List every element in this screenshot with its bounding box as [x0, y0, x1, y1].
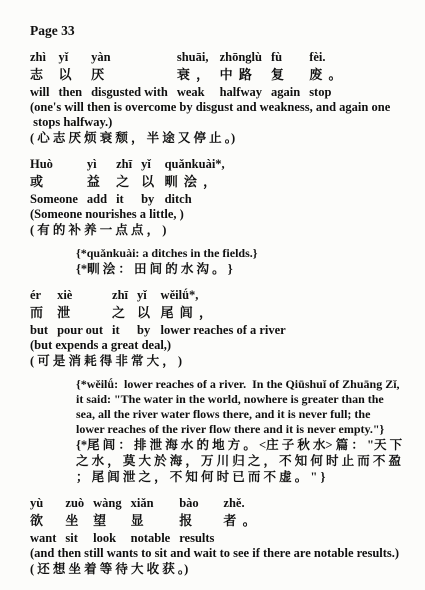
- pinyin-text: quǎnkuài*,: [165, 156, 225, 173]
- gloss-text: halfway: [220, 84, 262, 100]
- translation-zh-2: ( 有 的 补 养 一 点 点 ， ): [30, 222, 413, 238]
- footnote-weilu-zh: {*尾 闾 ： 排 泄 海 水 的 地 方 。 <庄 子 秋 水> 篇 ： "天…: [67, 437, 413, 485]
- pinyin-text: zhì: [30, 49, 49, 66]
- word-column: zhī 之 it: [112, 287, 128, 338]
- word-column: quǎnkuài*, 甽 浍 ， ditch: [165, 156, 225, 207]
- pinyin-text: yǐ: [58, 49, 82, 66]
- gloss-text: weak: [177, 84, 211, 100]
- pinyin-text: Huò: [30, 156, 78, 173]
- word-column: zhì 志 will: [30, 49, 49, 100]
- footnote-zh-line: ； 尾 闾 泄 之 ， 不 知 何 时 已 而 不 虚 。 " }: [67, 469, 413, 485]
- interlinear-words-4: yù 欲 want zuò 坐 sit wàng 望 look xiǎ: [30, 495, 413, 546]
- hanzi-text: 志: [30, 66, 49, 84]
- hanzi-text: 之: [116, 173, 132, 191]
- hanzi-text: 而: [30, 304, 48, 322]
- hanzi-text: 以: [141, 173, 156, 191]
- pinyin-text: zhī: [112, 287, 128, 304]
- footnote-en-line: {*quǎnkuài: a ditches in the fields.}: [67, 246, 413, 261]
- scanned-book-page: Page 33 zhì 志 will yǐ 以 then yàn 厌: [0, 0, 425, 590]
- pinyin-text: zhōnglù: [220, 49, 262, 66]
- translation-en-line: (Someone nourishes a little, ): [30, 207, 413, 222]
- gloss-text: it: [116, 191, 132, 207]
- hanzi-text: 尾 闾 ，: [161, 304, 286, 322]
- pinyin-text: shuāi,: [177, 49, 211, 66]
- verse-block-2: Huò 或 Someone yì 益 add zhī 之 it yǐ: [30, 156, 413, 238]
- translation-en-4: (and then still wants to sit and wait to…: [30, 546, 413, 561]
- hanzi-text: 衰 ，: [177, 66, 211, 84]
- footnote-quankuai-zh: {*甽 浍 ： 田 间 的 水 沟 。 }: [67, 261, 413, 277]
- gloss-text: add: [87, 191, 107, 207]
- translation-en-3: (but expends a great deal,): [30, 338, 413, 353]
- word-column: shuāi, 衰 ， weak: [177, 49, 211, 100]
- word-column: yù 欲 want: [30, 495, 56, 546]
- translation-zh-line: ( 有 的 补 养 一 点 点 ， ): [30, 222, 413, 238]
- hanzi-text: 泄: [57, 304, 103, 322]
- translation-en-line: (one's will then is overcome by disgust …: [30, 100, 413, 115]
- footnote-zh-line: 之 水 ， 莫 大 於 海 ， 万 川 归 之 ， 不 知 何 时 止 而 不 …: [67, 453, 413, 469]
- gloss-text: will: [30, 84, 49, 100]
- hanzi-text: 以: [58, 66, 82, 84]
- word-column: fèi. 废 。 stop: [309, 49, 343, 100]
- gloss-text: by: [137, 322, 152, 338]
- word-column: xiè 泄 pour out: [57, 287, 103, 338]
- translation-zh-1: ( 心 志 厌 烦 衰 颓 ， 半 途 又 停 止 。): [30, 130, 413, 146]
- word-column: zuò 坐 sit: [65, 495, 84, 546]
- word-column: zhě. 者 。: [223, 495, 257, 530]
- gloss-text: results: [179, 530, 214, 546]
- translation-en-line: stops halfway.): [30, 115, 413, 130]
- footnote-quankuai: {*quǎnkuài: a ditches in the fields.} {*…: [30, 246, 413, 277]
- pinyin-text: yàn: [91, 49, 168, 66]
- gloss-text: Someone: [30, 191, 78, 207]
- verse-block-1: zhì 志 will yǐ 以 then yàn 厌 disgusted wit…: [30, 49, 413, 146]
- gloss-text: pour out: [57, 322, 103, 338]
- pinyin-text: zhě.: [223, 495, 257, 512]
- gloss-text: look: [93, 530, 121, 546]
- footnote-en-line: lower reaches of the river flow there an…: [67, 422, 413, 437]
- pinyin-text: xiè: [57, 287, 103, 304]
- hanzi-text: 甽 浍 ，: [165, 173, 225, 191]
- word-column: fù 复 again: [271, 49, 300, 100]
- gloss-text: but: [30, 322, 48, 338]
- footnote-en-line: {*wěilǘ: lower reaches of a river. In th…: [67, 377, 413, 392]
- footnote-en-line: it said: "The water in the world, nowher…: [67, 392, 413, 407]
- word-column: wěilǘ*, 尾 闾 ， lower reaches of a river: [161, 287, 286, 338]
- pinyin-text: yì: [87, 156, 107, 173]
- hanzi-text: 显: [131, 512, 171, 530]
- translation-zh-3: ( 可 是 消 耗 得 非 常 大 ， ): [30, 353, 413, 369]
- footnote-en-line: sea, all the river water flows there, an…: [67, 407, 413, 422]
- hanzi-text: 坐: [65, 512, 84, 530]
- word-column: yǐ 以 by: [141, 156, 156, 207]
- interlinear-words-3: ér 而 but xiè 泄 pour out zhī 之 it yǐ: [30, 287, 413, 338]
- verse-block-4: yù 欲 want zuò 坐 sit wàng 望 look xiǎ: [30, 495, 413, 577]
- translation-en-2: (Someone nourishes a little, ): [30, 207, 413, 222]
- footnote-weilu: {*wěilǘ: lower reaches of a river. In th…: [30, 377, 413, 485]
- pinyin-text: ér: [30, 287, 48, 304]
- translation-en-line: (but expends a great deal,): [30, 338, 413, 353]
- hanzi-text: 之: [112, 304, 128, 322]
- interlinear-words-2: Huò 或 Someone yì 益 add zhī 之 it yǐ: [30, 156, 413, 207]
- footnote-zh-line: {*尾 闾 ： 排 泄 海 水 的 地 方 。 <庄 子 秋 水> 篇 ： "天…: [67, 437, 413, 453]
- hanzi-text: 以: [137, 304, 152, 322]
- pinyin-text: yǐ: [137, 287, 152, 304]
- hanzi-text: 中 路: [220, 66, 262, 84]
- footnote-zh-line: {*甽 浍 ： 田 间 的 水 沟 。 }: [67, 261, 413, 277]
- gloss-text: sit: [65, 530, 84, 546]
- translation-zh-4: ( 还 想 坐 着 等 待 大 收 获 。): [30, 561, 413, 577]
- word-column: yì 益 add: [87, 156, 107, 207]
- hanzi-text: 厌: [91, 66, 168, 84]
- word-column: bào 报 results: [179, 495, 214, 546]
- gloss-text: disgusted with: [91, 84, 168, 100]
- translation-zh-line: ( 还 想 坐 着 等 待 大 收 获 。): [30, 561, 413, 577]
- word-column: zhī 之 it: [116, 156, 132, 207]
- word-column: ér 而 but: [30, 287, 48, 338]
- gloss-text: stop: [309, 84, 343, 100]
- translation-en-1: (one's will then is overcome by disgust …: [30, 100, 413, 130]
- word-column: zhōnglù 中 路 halfway: [220, 49, 262, 100]
- verse-block-3: ér 而 but xiè 泄 pour out zhī 之 it yǐ: [30, 287, 413, 369]
- gloss-text: it: [112, 322, 128, 338]
- pinyin-text: fù: [271, 49, 300, 66]
- gloss-text: ditch: [165, 191, 225, 207]
- footnote-quankuai-en: {*quǎnkuài: a ditches in the fields.}: [67, 246, 413, 261]
- hanzi-text: 废 。: [309, 66, 343, 84]
- footnote-weilu-en: {*wěilǘ: lower reaches of a river. In th…: [67, 377, 413, 437]
- word-column: wàng 望 look: [93, 495, 121, 546]
- pinyin-text: yǐ: [141, 156, 156, 173]
- gloss-text: by: [141, 191, 156, 207]
- interlinear-words-1: zhì 志 will yǐ 以 then yàn 厌 disgusted wit…: [30, 49, 413, 100]
- hanzi-text: 或: [30, 173, 78, 191]
- translation-en-line: (and then still wants to sit and wait to…: [30, 546, 413, 561]
- gloss-text: notable: [131, 530, 171, 546]
- translation-zh-line: ( 可 是 消 耗 得 非 常 大 ， ): [30, 353, 413, 369]
- hanzi-text: 复: [271, 66, 300, 84]
- hanzi-text: 益: [87, 173, 107, 191]
- gloss-text: want: [30, 530, 56, 546]
- hanzi-text: 欲: [30, 512, 56, 530]
- pinyin-text: zuò: [65, 495, 84, 512]
- pinyin-text: yù: [30, 495, 56, 512]
- pinyin-text: bào: [179, 495, 214, 512]
- gloss-text: again: [271, 84, 300, 100]
- hanzi-text: 报: [179, 512, 214, 530]
- pinyin-text: wěilǘ*,: [161, 287, 286, 304]
- gloss-text: then: [58, 84, 82, 100]
- word-column: yàn 厌 disgusted with: [91, 49, 168, 100]
- word-column: xiǎn 显 notable: [131, 495, 171, 546]
- pinyin-text: fèi.: [309, 49, 343, 66]
- page-number-heading: Page 33: [30, 22, 413, 39]
- hanzi-text: 望: [93, 512, 121, 530]
- pinyin-text: zhī: [116, 156, 132, 173]
- word-column: Huò 或 Someone: [30, 156, 78, 207]
- gloss-text: lower reaches of a river: [161, 322, 286, 338]
- translation-zh-line: ( 心 志 厌 烦 衰 颓 ， 半 途 又 停 止 。): [30, 130, 413, 146]
- word-column: yǐ 以 then: [58, 49, 82, 100]
- word-column: yǐ 以 by: [137, 287, 152, 338]
- pinyin-text: wàng: [93, 495, 121, 512]
- pinyin-text: xiǎn: [131, 495, 171, 512]
- hanzi-text: 者 。: [223, 512, 257, 530]
